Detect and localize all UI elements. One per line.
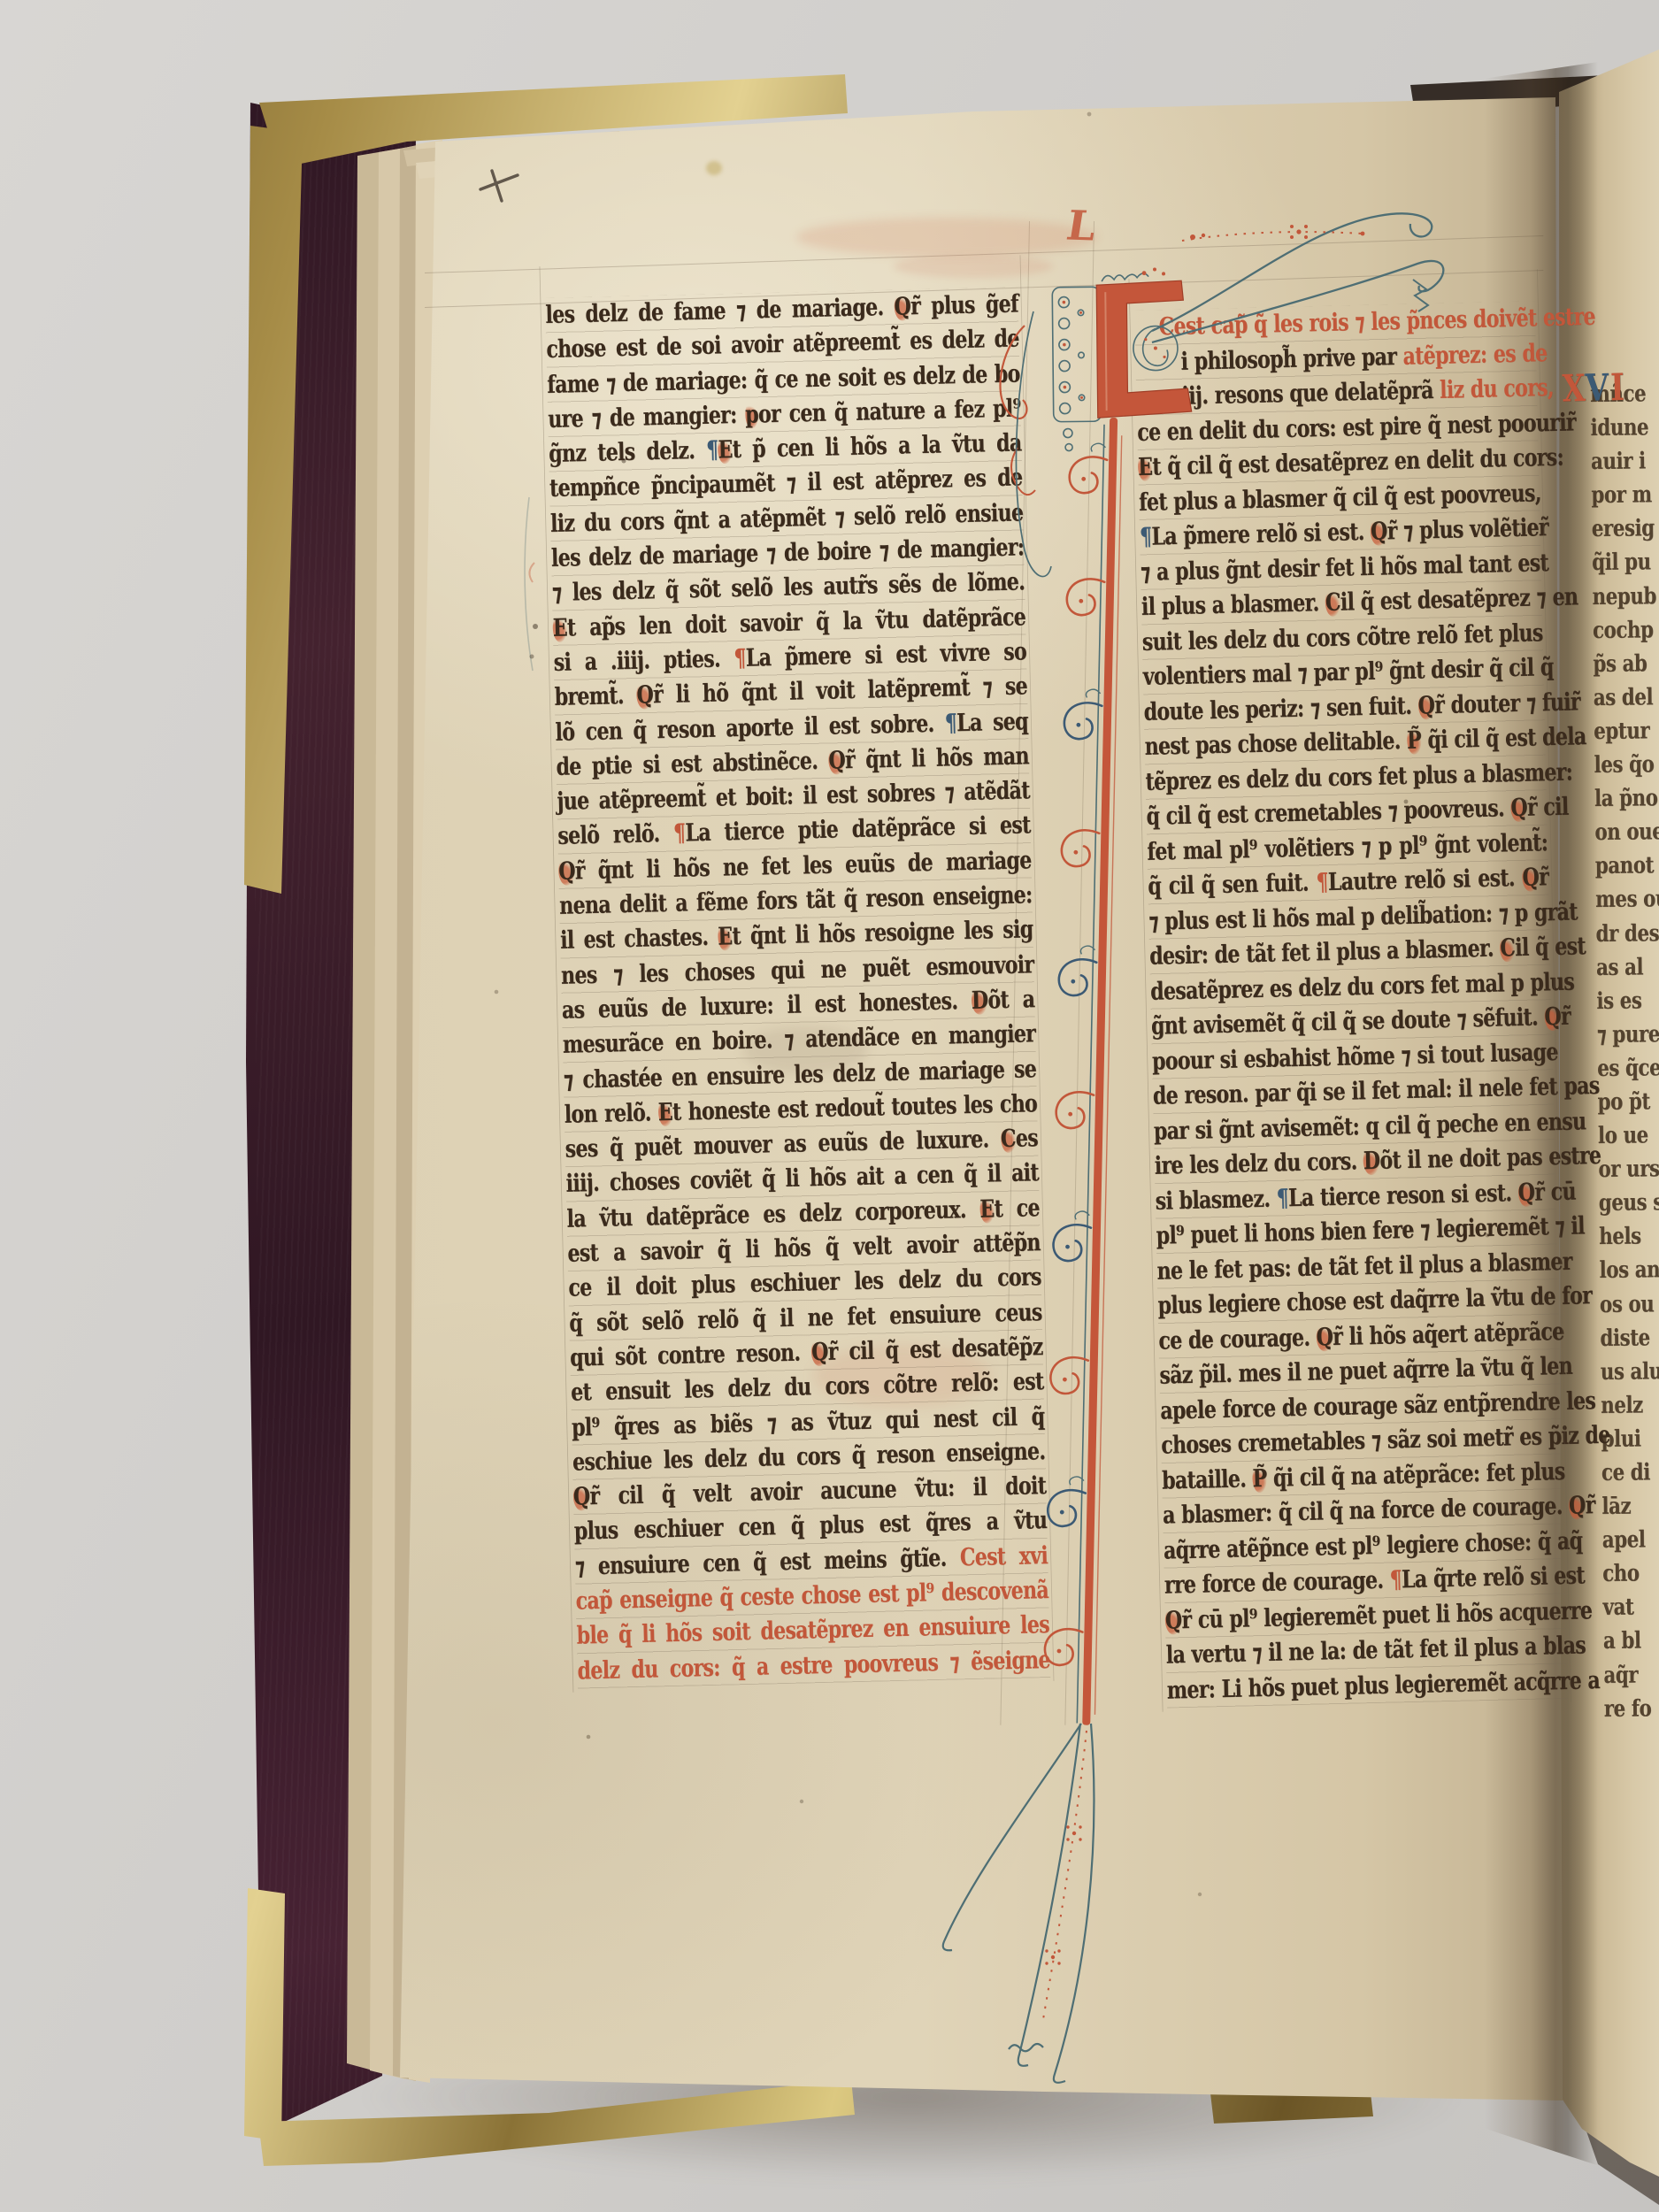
text-segment: La p̃mere si est vivre so — [745, 637, 1026, 672]
facing-page-text-fragment: lāz — [1601, 1489, 1659, 1524]
text-segment: t q̃ cil q̃ est desatẽprez en delit du c… — [1152, 443, 1563, 481]
facing-page-text-fragment: vat — [1602, 1590, 1659, 1624]
text-segment: g̃nz tels delz. — [549, 436, 707, 468]
facing-page-text-fragment: eresig — [1592, 511, 1659, 546]
text-segment: de ptie si est abstinẽce. — [556, 746, 829, 780]
text-segment: P̃ — [1407, 726, 1422, 755]
text-segment: E — [657, 1098, 672, 1126]
facing-page-text-fragment: is es — [1596, 984, 1659, 1018]
facing-page-text-fragment: diste — [1600, 1321, 1659, 1356]
text-segment: volentiers mal ⁊ par pl⁹ g̃nt desir q̃ c… — [1142, 653, 1554, 691]
text-segment: Lautre relõ si est. — [1327, 864, 1522, 896]
facing-page-text-fragment: p̃s ab — [1593, 647, 1659, 681]
facing-page-text-fragment: mes ou — [1595, 882, 1659, 917]
text-segment: p — [745, 400, 758, 428]
text-segment: i philosoph̃ prive par — [1180, 342, 1403, 375]
facing-page-text-fragment: po p̃t — [1597, 1085, 1659, 1119]
text-segment: si blasmez. — [1155, 1184, 1277, 1215]
text-segment: La q̃rte relõ si est — [1402, 1561, 1586, 1594]
text-segment: ⁊ a plus g̃nt desir fet li hõs mal tant … — [1141, 549, 1549, 587]
text-segment: r̃ — [1539, 863, 1549, 891]
text-segment: poour si esbahist hõme ⁊ si tout lusage — [1152, 1037, 1558, 1075]
text-segment: iij. resons que delatẽprã — [1181, 376, 1440, 411]
text-segment: q̃i cil q̃ est dela — [1421, 722, 1586, 754]
text-segment: Q — [636, 681, 653, 710]
text-segment: r̃ li hõs aq̃ert atẽprãce — [1333, 1317, 1564, 1350]
text-segment: r̃ plus g̃ef — [910, 289, 1018, 320]
text-segment: Q — [1371, 517, 1387, 545]
facing-page-text-fragment: hels — [1599, 1219, 1659, 1254]
text-segment: ¶ — [673, 819, 686, 848]
text-segment: desatẽprez es delz du cors fet mal p plu… — [1150, 967, 1575, 1005]
text-segment: Q — [1316, 1323, 1333, 1351]
text-segment: ¶ — [1316, 868, 1328, 896]
text-segment: E — [552, 613, 567, 641]
text-segment: la vertu ⁊ il ne la: de tãt fet il plus … — [1165, 1631, 1586, 1669]
facing-page-text-fragment: or urs — [1598, 1152, 1659, 1187]
text-segment: C — [1500, 933, 1516, 962]
text-segment: ure ⁊ de mangier: — [548, 401, 746, 434]
facing-page-text-fragment: on oue — [1594, 815, 1659, 849]
text-segment: il q̃ est — [1515, 932, 1586, 962]
text-segment: ¶ — [1389, 1565, 1402, 1594]
text-segment: õt a — [987, 985, 1035, 1014]
text-segment: rre force de courage. — [1164, 1566, 1390, 1600]
text-segment: Q — [1417, 691, 1434, 719]
facing-page-text-fragment: as del — [1594, 680, 1659, 715]
left-text-column: les delz de fame ⁊ de mariage. Qr̃ plus … — [545, 287, 1050, 1688]
text-segment: V — [1585, 365, 1609, 410]
text-segment: il est chastes. — [560, 923, 718, 955]
text-segment: P̃ — [1252, 1463, 1267, 1492]
text-segment: õt il ne doit pas estre — [1379, 1141, 1601, 1175]
text-segment: liz du cors, — [1440, 373, 1561, 404]
text-segment: ¶ — [733, 644, 746, 672]
facing-page-text-fragment: dr dese — [1595, 917, 1659, 951]
text-segment: bataille. — [1162, 1464, 1253, 1494]
text-segment: Q — [1522, 863, 1539, 891]
facing-page-text-fragment: los an — [1599, 1253, 1659, 1287]
facing-page-text-fragment: cochp — [1593, 613, 1659, 648]
text-segment: de reson. par q̃i se il fet mal: il nele… — [1153, 1071, 1600, 1110]
facing-page-text-fragment: ⁊ pure — [1597, 1018, 1659, 1052]
text-segment: g̃nt avisemẽt q̃ cil q̃ se doute ⁊ sẽfui… — [1151, 1002, 1545, 1040]
text-segment: E — [979, 1194, 995, 1223]
text-segment: Q — [1510, 794, 1527, 822]
text-segment: C — [1001, 1125, 1017, 1153]
text-segment: ⁊ ensuiure cen q̃ est meins g̃tĩe. — [574, 1543, 960, 1580]
facing-page-text-fragment: a bl — [1603, 1624, 1659, 1658]
text-segment: ne le fet pas: de tãt fet il plus a blas… — [1156, 1247, 1572, 1285]
text-segment: suit les delz du cors cõtre relõ fet plu… — [1141, 618, 1542, 657]
text-segment: il q̃ est desatẽprez ⁊ en — [1340, 582, 1578, 616]
text-segment: ⁊ plus est li hõs mal p delib̃ation: ⁊ p… — [1148, 897, 1578, 935]
text-segment: a blasmer: q̃ cil q̃ na force de courage… — [1163, 1492, 1570, 1530]
text-segment: ¶ — [1276, 1184, 1288, 1212]
text-segment: choses cremetables ⁊ sãz soi metr̃ es p̃… — [1161, 1421, 1610, 1460]
text-segment: les delz de fame ⁊ de mariage. — [545, 293, 895, 329]
text-segment: t ce — [994, 1194, 1040, 1223]
right-text-column: Cest cap̃ q̃ les rois ⁊ les p̃nces doivẽ… — [1134, 301, 1568, 1708]
facing-page-text-fragment: panot — [1595, 849, 1659, 883]
text-segment: E — [718, 435, 733, 464]
text-segment: tẽprez es delz du cors fet plus a blasme… — [1145, 757, 1572, 795]
text-segment: fet plus a blasmer q̃ cil q̃ est poovreu… — [1139, 479, 1541, 517]
text-segment: q̃ cil q̃ sen fuit. — [1148, 868, 1317, 900]
text-segment: es — [1015, 1124, 1038, 1153]
facing-page-text-fragment: les q̃o — [1594, 748, 1659, 782]
text-segment: C — [1325, 588, 1341, 617]
text-segment: bremt̃. — [554, 681, 637, 711]
text-segment: ire les delz du cors. — [1154, 1147, 1363, 1180]
text-segment: sãz p̃il. mes il ne puet aq̃rre la ṽtu q… — [1159, 1352, 1572, 1390]
text-segment: E — [1138, 453, 1153, 481]
text-segment: r̃ cil q̃ est desatẽp̃z — [827, 1333, 1043, 1366]
text-segment: ¶ — [944, 709, 956, 737]
text-segment: fet mal pl⁹ volẽtiers ⁊ p pl⁹ g̃nt volen… — [1147, 828, 1548, 866]
text-segment: Cest cap̃ q̃ les rois ⁊ les p̃nces doivẽ… — [1158, 303, 1595, 342]
text-segment: Q — [1165, 1606, 1182, 1634]
text-segment: r̃ ⁊ plus volẽtier̃ — [1386, 513, 1548, 545]
text-segment: il plus a blasmer. — [1141, 588, 1326, 621]
facing-page-text-fragment: por m — [1591, 478, 1659, 512]
text-segment: Q — [811, 1338, 828, 1366]
facing-page-text-fragment: as al — [1596, 950, 1659, 985]
text-segment: mer: Li hõs puet plus legieremẽt acq̃rre… — [1166, 1666, 1600, 1705]
facing-page-text-fragment: aq̃r — [1603, 1658, 1659, 1693]
text-segment: D — [972, 986, 988, 1014]
text-segment: D — [1363, 1147, 1380, 1175]
text-segment: Q — [573, 1482, 590, 1510]
text-segment: qui sõt contre reson. — [570, 1338, 812, 1371]
text-segment: t honeste est redout̃ toutes les cho — [672, 1089, 1038, 1126]
text-segment: as euũs de luxure: il est honestes. — [562, 987, 972, 1025]
text-segment: doute les periz: ⁊ sen fuit. — [1143, 691, 1418, 726]
text-segment: r̃ cū pl⁹ legieremẽt puet li hõs acquerr… — [1181, 1596, 1592, 1634]
text-segment: lõ cen q̃ reson aporte il est sobre. — [555, 709, 945, 746]
text-segment: ce en delit du cors: est pire q̃ nest po… — [1137, 408, 1576, 447]
text-segment: La tierce reson si est. — [1288, 1179, 1518, 1212]
text-segment: La p̃mere relõ si est. — [1151, 518, 1371, 551]
parchment-specks — [0, 0, 2, 2]
text-segment: Q — [894, 292, 910, 320]
text-segment: r̃ cū — [1534, 1177, 1576, 1206]
facing-page-text-fragment: us alu — [1601, 1355, 1659, 1389]
text-segment: pl⁹ puet li hons bien fere ⁊ legieremẽt … — [1156, 1211, 1585, 1249]
text-segment: t q̃nt li hõs resoigne les sig — [732, 916, 1033, 951]
text-segment: Q — [1517, 1178, 1534, 1206]
text-segment: plus legiere chose est daq̃rre la ṽtu de… — [1157, 1281, 1592, 1320]
text-segment: aq̃rre atẽp̃nce est pl⁹ legiere chose: q… — [1164, 1526, 1583, 1564]
text-segment: r̃ cil — [1527, 793, 1569, 822]
text-segment: q̃ cil q̃ est cremetables ⁊ poovreus. — [1146, 794, 1511, 831]
text-segment: r̃ — [1561, 1002, 1571, 1031]
text-segment: nest pas chose delitable. — [1144, 726, 1407, 761]
text-segment: q̃i cil q̃ na atẽprãce: fet plus — [1266, 1456, 1565, 1492]
text-segment: atẽprez: es de — [1402, 339, 1548, 371]
text-segment: E — [718, 923, 733, 951]
text-segment: t p̃ cen li hõs a la ṽtu da — [732, 429, 1022, 465]
text-segment: r̃ douter ⁊ fuir̃ — [1434, 687, 1580, 719]
facing-page-text-fragment: cho — [1602, 1556, 1659, 1591]
facing-page-text-fragment: nepub — [1592, 580, 1659, 614]
text-segment: or cen q̃ nature a fez pl⁹ — [758, 394, 1021, 428]
manuscript-photo: { "colors":{"ink":"#3a2a1c","rubric_red"… — [0, 0, 1659, 2212]
text-segment: La seq — [956, 707, 1028, 737]
text-segment: r̃ q̃nt li hõs man — [845, 741, 1030, 774]
text-segment: Q — [558, 856, 575, 885]
facing-page-text-fragment: la p̃no — [1594, 781, 1659, 816]
facing-page-text-fragment: os ou — [1600, 1287, 1659, 1322]
facing-page-text-fragment: eptur — [1594, 714, 1659, 749]
facing-page-text-fragment: lo ue — [1598, 1118, 1659, 1153]
text-segment: r̃ — [1585, 1491, 1595, 1519]
facing-page-text-fragment: idune — [1590, 411, 1659, 445]
text-segment: Q — [1544, 1002, 1561, 1031]
facing-page-text-fragment: auir i — [1591, 444, 1659, 479]
text-segment: I — [1610, 365, 1625, 409]
text-segment: ce de courage. — [1158, 1323, 1317, 1355]
text-segment: si a .iiij. pties. — [553, 644, 733, 677]
text-segment: ¶ — [706, 436, 718, 465]
text-segment: La tierce ptie datẽprãce si est — [685, 811, 1031, 848]
facing-page-text-fragment: nelz — [1601, 1388, 1659, 1423]
facing-page-text-fragment: geus si — [1599, 1186, 1659, 1220]
text-segment: r̃ li hõ q̃nt il voit latẽpremt̃ ⁊ se — [653, 672, 1028, 710]
facing-page-text-fragment: apel — [1602, 1523, 1659, 1557]
text-segment: Cest xvi — [960, 1541, 1048, 1571]
facing-page-text-fragment: ce di — [1601, 1455, 1659, 1490]
text-segment: apele force de courage sãz entp̃rendre l… — [1160, 1386, 1595, 1425]
text-segment: Q — [828, 746, 845, 774]
text-segment: par si g̃nt avisemẽt: q cil q̃ peche en … — [1153, 1107, 1586, 1146]
facing-page-text-fragment: es q̃ce — [1597, 1051, 1659, 1086]
facing-page-text-fragment: re fo — [1604, 1692, 1659, 1726]
text-segment: selõ relõ. — [557, 819, 673, 850]
text-segment: ¶ — [1140, 523, 1152, 551]
text-segment: la ṽtu datẽprãce es delz corporeux. — [566, 1194, 980, 1233]
facing-page-text-fragment: q̃il pu — [1592, 546, 1659, 580]
text-segment: Q — [1569, 1491, 1586, 1519]
text-segment: X — [1562, 366, 1586, 411]
text-segment: lon relõ. — [564, 1098, 658, 1128]
text-segment: desir: de tãt fet il plus a blasmer. — [1149, 933, 1501, 970]
